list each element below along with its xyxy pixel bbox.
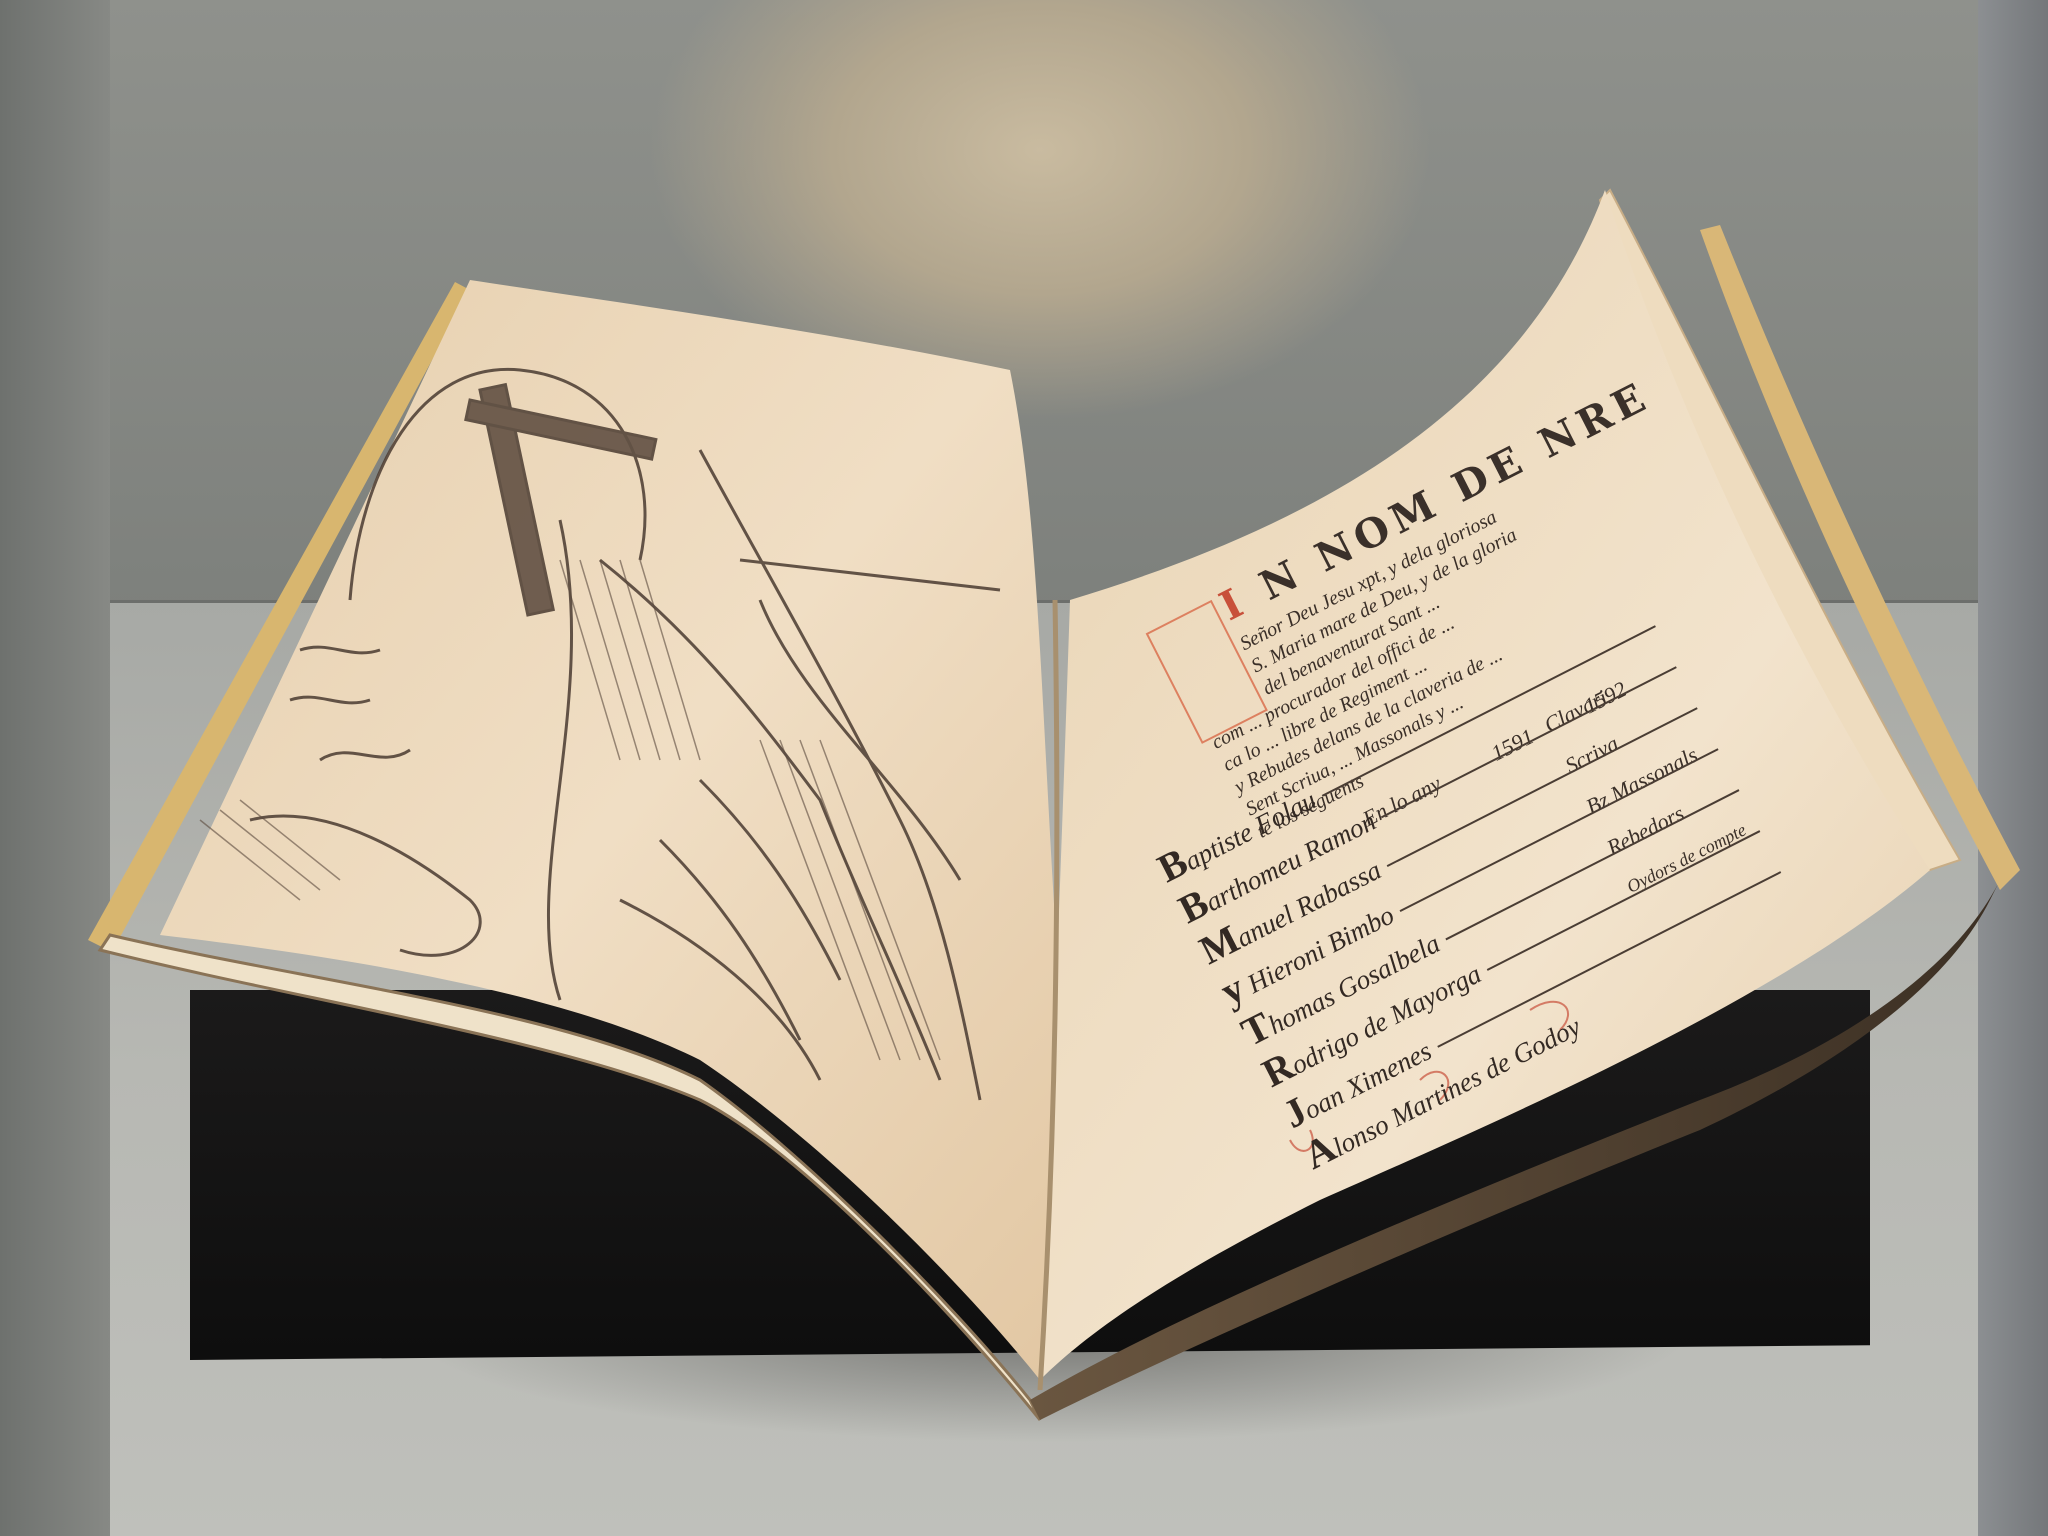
open-book xyxy=(0,0,2048,1536)
